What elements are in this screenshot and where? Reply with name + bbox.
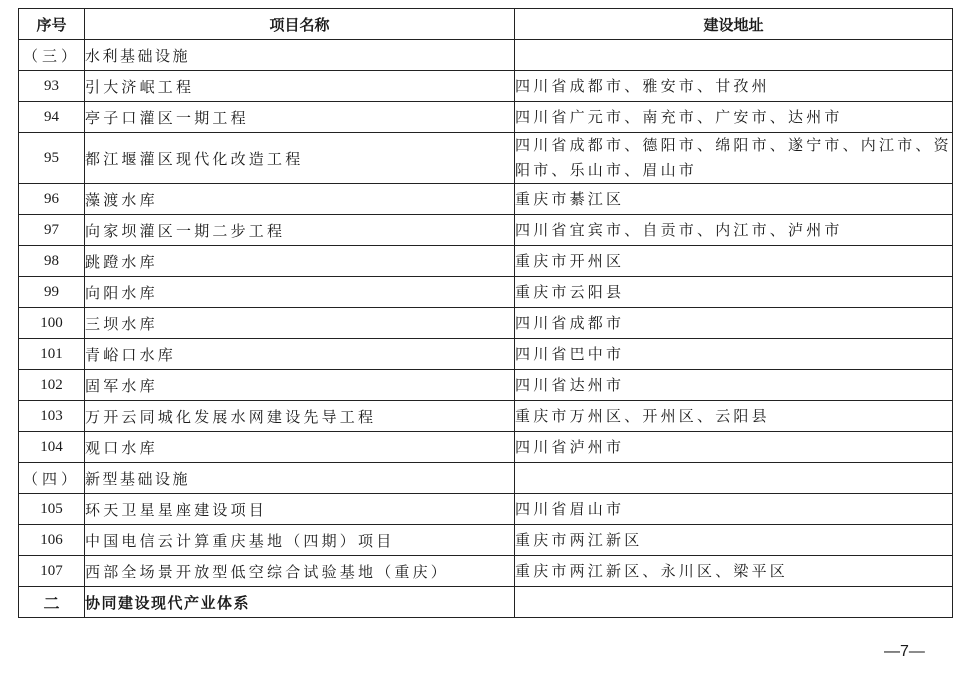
table-row: 93 引大济岷工程 四川省成都市、雅安市、甘孜州	[19, 71, 953, 102]
row-name: 亭子口灌区一期工程	[85, 102, 515, 133]
table-row: 98 跳蹬水库 重庆市开州区	[19, 246, 953, 277]
row-name: 跳蹬水库	[85, 246, 515, 277]
row-name: 环天卫星星座建设项目	[85, 494, 515, 525]
row-address	[515, 463, 953, 494]
project-table: 序号 项目名称 建设地址 （三） 水利基础设施 93 引大济岷工程 四川省成都市…	[18, 8, 953, 618]
row-index: 106	[19, 525, 85, 556]
row-address: 四川省成都市、德阳市、绵阳市、遂宁市、内江市、资阳市、乐山市、眉山市	[515, 133, 953, 184]
table-header-row: 序号 项目名称 建设地址	[19, 9, 953, 40]
row-index: 101	[19, 339, 85, 370]
row-address: 四川省广元市、南充市、广安市、达州市	[515, 102, 953, 133]
row-address: 重庆市綦江区	[515, 184, 953, 215]
row-address: 重庆市两江新区	[515, 525, 953, 556]
row-address: 重庆市两江新区、永川区、梁平区	[515, 556, 953, 587]
table-row: 94 亭子口灌区一期工程 四川省广元市、南充市、广安市、达州市	[19, 102, 953, 133]
table-row: 102 固军水库 四川省达州市	[19, 370, 953, 401]
row-name: 引大济岷工程	[85, 71, 515, 102]
row-address: 四川省达州市	[515, 370, 953, 401]
table-row: 100 三坝水库 四川省成都市	[19, 308, 953, 339]
row-index: 93	[19, 71, 85, 102]
row-address: 四川省眉山市	[515, 494, 953, 525]
row-index: 97	[19, 215, 85, 246]
row-name: 新型基础设施	[85, 463, 515, 494]
row-index: 105	[19, 494, 85, 525]
row-name: 都江堰灌区现代化改造工程	[85, 133, 515, 184]
row-name: 协同建设现代产业体系	[85, 587, 515, 618]
table-row: 95 都江堰灌区现代化改造工程 四川省成都市、德阳市、绵阳市、遂宁市、内江市、资…	[19, 133, 953, 184]
table-row: 105 环天卫星星座建设项目 四川省眉山市	[19, 494, 953, 525]
section-row-water: （三） 水利基础设施	[19, 40, 953, 71]
row-index: 94	[19, 102, 85, 133]
row-name: 向家坝灌区一期二步工程	[85, 215, 515, 246]
row-address: 重庆市云阳县	[515, 277, 953, 308]
row-address	[515, 40, 953, 71]
row-name: 向阳水库	[85, 277, 515, 308]
row-address: 四川省巴中市	[515, 339, 953, 370]
table-row: 104 观口水库 四川省泸州市	[19, 432, 953, 463]
table-row: 107 西部全场景开放型低空综合试验基地（重庆） 重庆市两江新区、永川区、梁平区	[19, 556, 953, 587]
row-name: 三坝水库	[85, 308, 515, 339]
table-row: 99 向阳水库 重庆市云阳县	[19, 277, 953, 308]
row-address: 重庆市开州区	[515, 246, 953, 277]
table-row: 106 中国电信云计算重庆基地（四期）项目 重庆市两江新区	[19, 525, 953, 556]
header-name: 项目名称	[85, 9, 515, 40]
row-index: （三）	[19, 40, 85, 71]
row-address: 四川省宜宾市、自贡市、内江市、泸州市	[515, 215, 953, 246]
table-row: 103 万开云同城化发展水网建设先导工程 重庆市万州区、开州区、云阳县	[19, 401, 953, 432]
row-name: 中国电信云计算重庆基地（四期）项目	[85, 525, 515, 556]
row-address: 四川省成都市、雅安市、甘孜州	[515, 71, 953, 102]
part-row-industry: 二 协同建设现代产业体系	[19, 587, 953, 618]
row-name: 西部全场景开放型低空综合试验基地（重庆）	[85, 556, 515, 587]
row-address: 四川省泸州市	[515, 432, 953, 463]
header-index: 序号	[19, 9, 85, 40]
row-name: 固军水库	[85, 370, 515, 401]
row-address	[515, 587, 953, 618]
table-row: 97 向家坝灌区一期二步工程 四川省宜宾市、自贡市、内江市、泸州市	[19, 215, 953, 246]
table-row: 101 青峪口水库 四川省巴中市	[19, 339, 953, 370]
row-address: 重庆市万州区、开州区、云阳县	[515, 401, 953, 432]
row-name: 水利基础设施	[85, 40, 515, 71]
row-name: 观口水库	[85, 432, 515, 463]
page-number: —7—	[884, 643, 925, 661]
row-index: 95	[19, 133, 85, 184]
row-index: 102	[19, 370, 85, 401]
row-index: 107	[19, 556, 85, 587]
row-name: 青峪口水库	[85, 339, 515, 370]
row-index: 103	[19, 401, 85, 432]
row-index: 98	[19, 246, 85, 277]
row-address: 四川省成都市	[515, 308, 953, 339]
row-index: 104	[19, 432, 85, 463]
row-index: 96	[19, 184, 85, 215]
row-index: 二	[19, 587, 85, 618]
row-name: 万开云同城化发展水网建设先导工程	[85, 401, 515, 432]
row-index: （四）	[19, 463, 85, 494]
header-address: 建设地址	[515, 9, 953, 40]
row-index: 100	[19, 308, 85, 339]
row-index: 99	[19, 277, 85, 308]
row-name: 藻渡水库	[85, 184, 515, 215]
table-row: 96 藻渡水库 重庆市綦江区	[19, 184, 953, 215]
section-row-new-infrastructure: （四） 新型基础设施	[19, 463, 953, 494]
